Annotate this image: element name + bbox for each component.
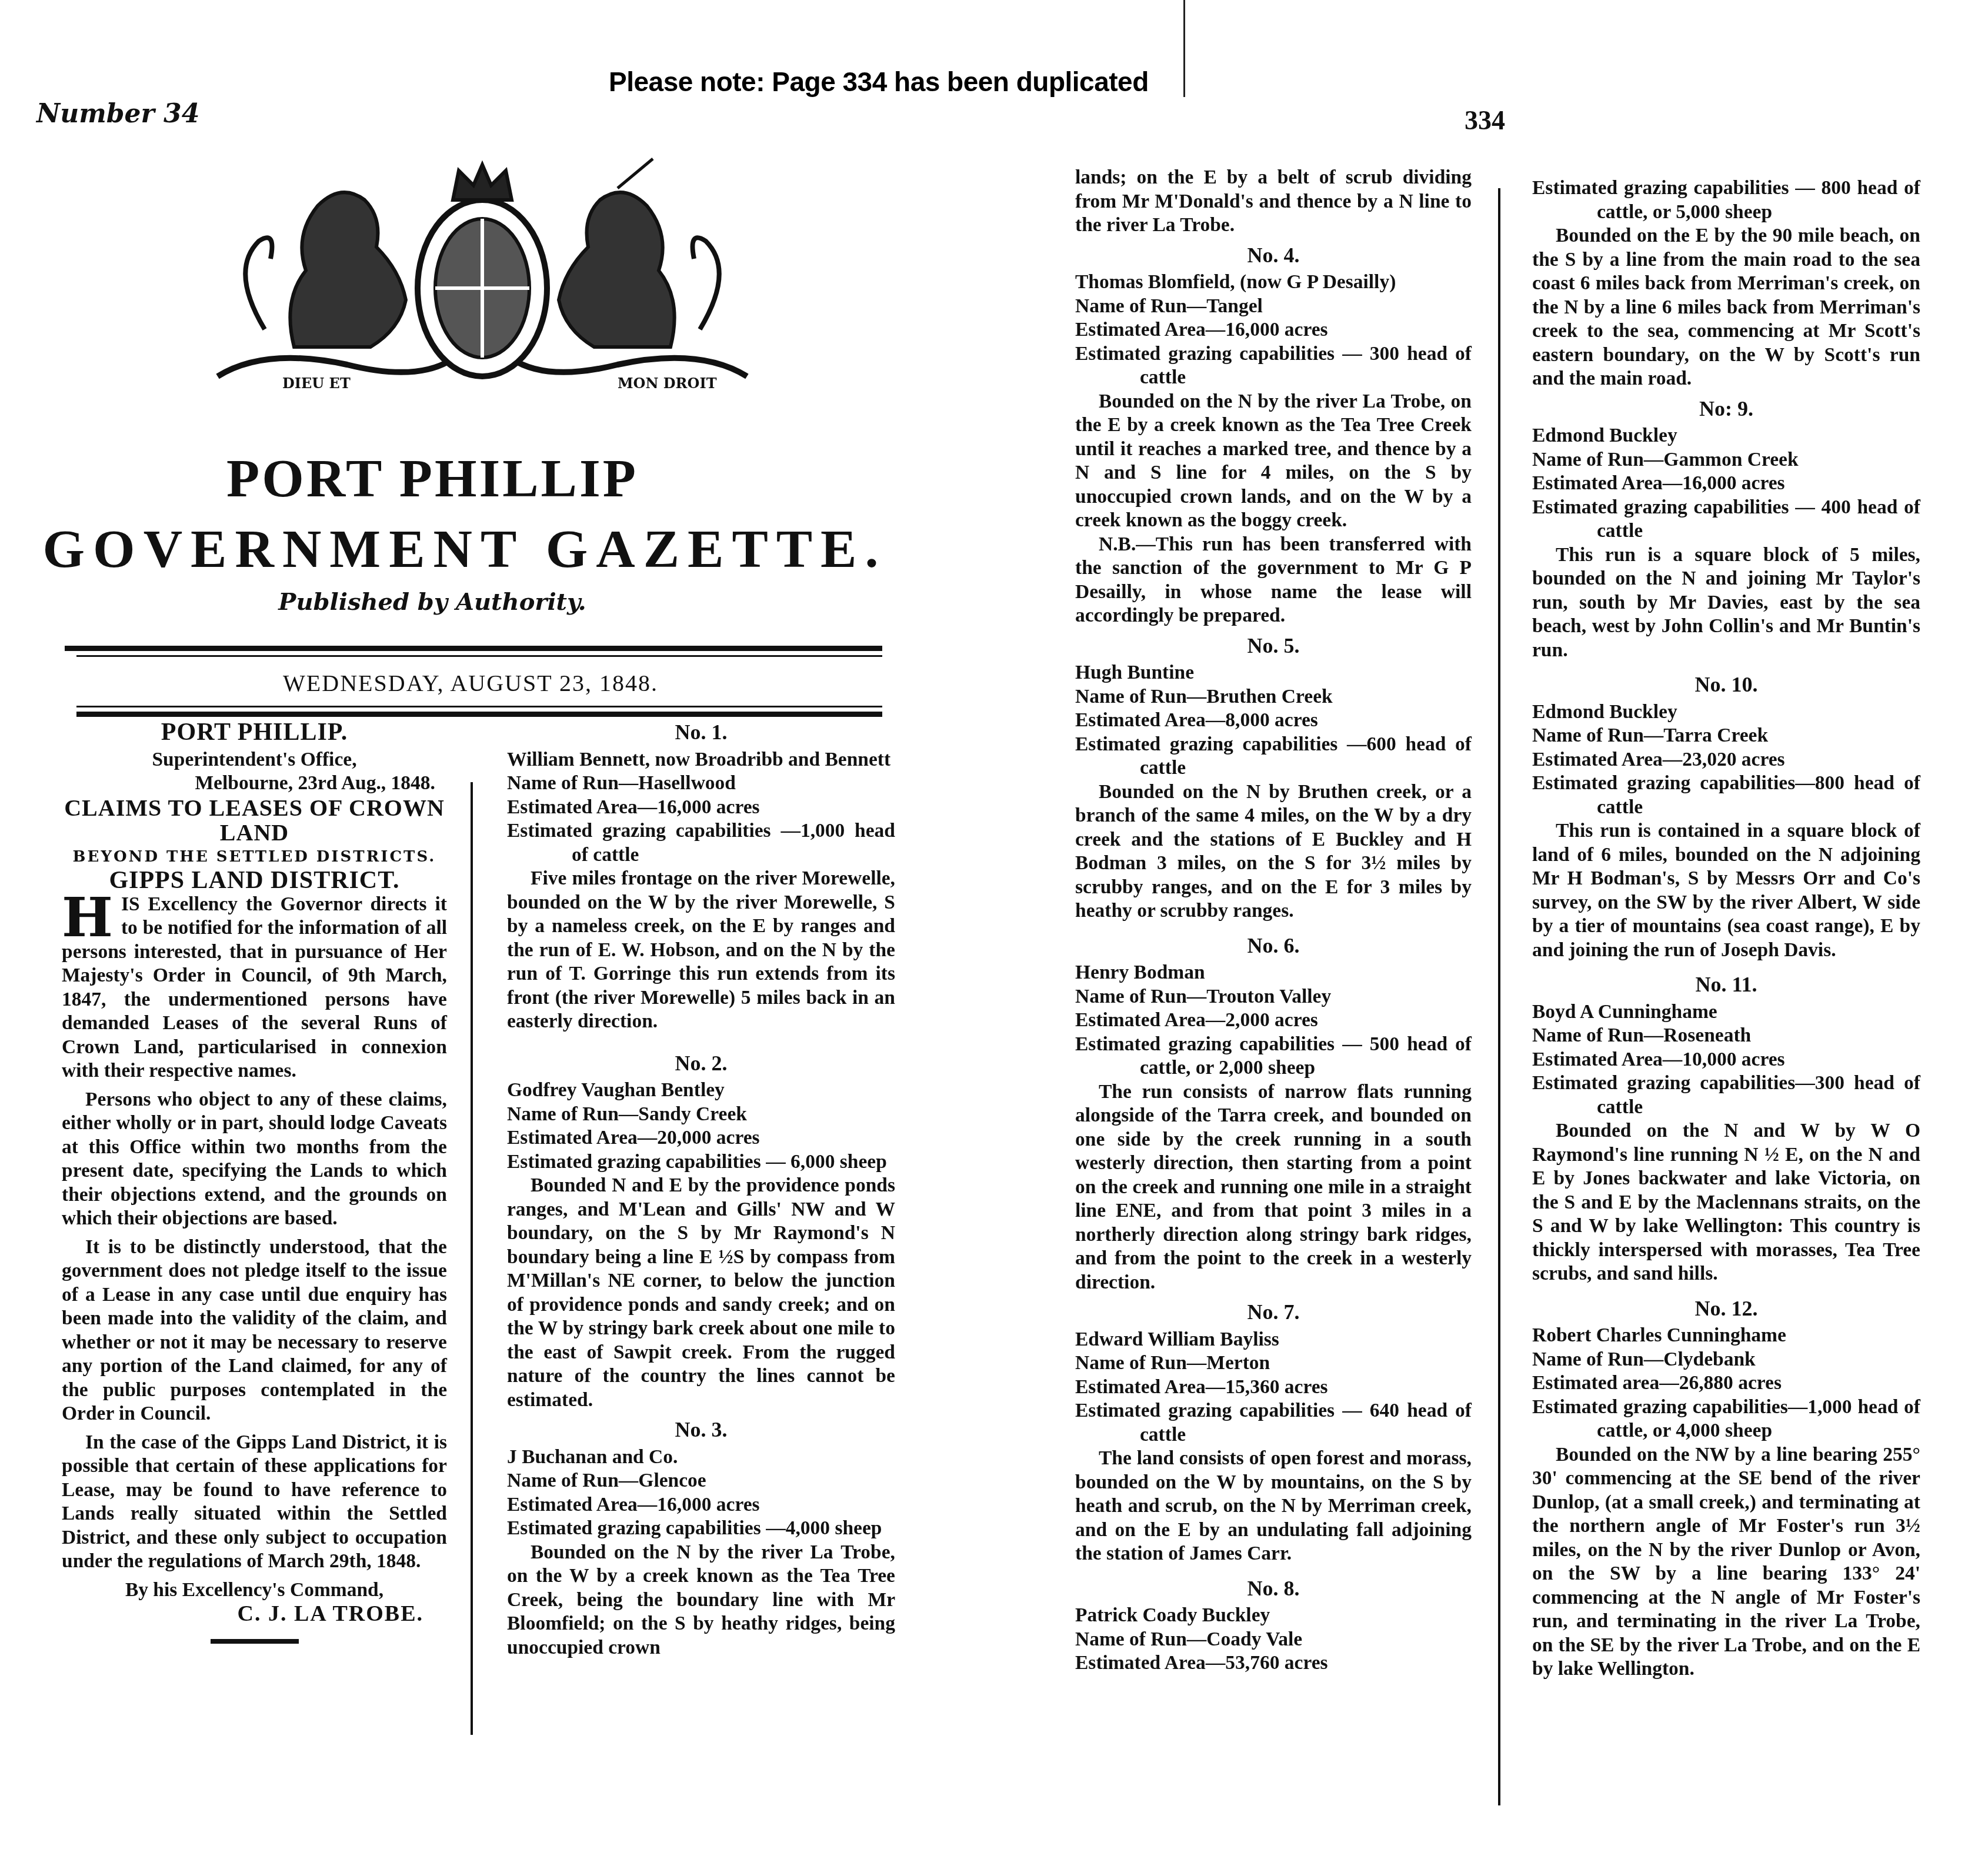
claim-area: Estimated Area—23,020 acres: [1532, 748, 1920, 772]
notice-district: GIPPS LAND DISTRICT.: [62, 869, 447, 893]
claim-area: Estimated Area—2,000 acres: [1075, 1009, 1472, 1033]
claim-claimant: Patrick Coady Buckley: [1075, 1604, 1472, 1628]
claims-column-2: No. 1. William Bennett, now Broadribb an…: [507, 720, 895, 1660]
claim-description: Bounded on the N by the river La Trobe, …: [507, 1541, 895, 1660]
motto-left: DIEU ET: [282, 375, 351, 392]
claim-grazing: Estimated grazing capabilities — 300 hea…: [1075, 342, 1472, 390]
claim-area: Estimated area—26,880 acres: [1532, 1371, 1920, 1396]
claim-grazing: Estimated grazing capabilities —600 head…: [1075, 733, 1472, 780]
claim-number: No: 9.: [1532, 397, 1920, 421]
motto-right: MON DROIT: [618, 375, 717, 392]
claim-run: Name of Run—Sandy Creek: [507, 1103, 895, 1127]
claim-claimant: William Bennett, now Broadribb and Benne…: [507, 748, 895, 772]
gazette-title-line1: PORT PHILLIP: [0, 447, 865, 509]
gazette-title-line2: GOVERNMENT GAZETTE.: [24, 518, 906, 580]
claim-run: Name of Run—Hasellwood: [507, 772, 895, 796]
claim-number: No. 4.: [1075, 243, 1472, 268]
royal-coat-of-arms-icon: DIEU ET MON DROIT: [194, 153, 770, 400]
claim-note: N.B.—This run has been transferred with …: [1075, 533, 1472, 628]
claim-run: Name of Run—Bruthen Creek: [1075, 685, 1472, 709]
notice-para-1: IS Excellency the Governor directs it to…: [62, 893, 447, 1082]
claim-claimant: Thomas Blomfield, (now G P Desailly): [1075, 271, 1472, 295]
claim-area: Estimated Area—16,000 acres: [507, 1493, 895, 1517]
notice-para-3: It is to be distinctly understood, that …: [62, 1236, 447, 1426]
gutter-rule: [1183, 0, 1185, 97]
claim-run: Name of Run—Tarra Creek: [1532, 724, 1920, 748]
claims-column-3: lands; on the E by a belt of scrub divid…: [1075, 166, 1472, 1675]
claim-claimant: Edward William Bayliss: [1075, 1328, 1472, 1352]
duplicate-page-note: Please note: Page 334 has been duplicate…: [609, 66, 1149, 98]
claim-description: The run consists of narrow flats running…: [1075, 1080, 1472, 1295]
date-rule-thick: [76, 712, 882, 717]
claim-area: Estimated Area—15,360 acres: [1075, 1376, 1472, 1400]
published-by-authority: Published by Authority.: [0, 588, 865, 616]
claim-grazing: Estimated grazing capabilities — 6,000 s…: [507, 1150, 895, 1174]
claim-description: Bounded on the N and W by W O Raymond's …: [1532, 1119, 1920, 1286]
notice-command: By his Excellency's Command,: [62, 1578, 447, 1603]
claim-run: Name of Run—Tangel: [1075, 295, 1472, 319]
claim-grazing: Estimated grazing capabilities — 500 hea…: [1075, 1033, 1472, 1080]
notice-subheading: BEYOND THE SETTLED DISTRICTS.: [62, 845, 447, 869]
claim-run: Name of Run—Merton: [1075, 1351, 1472, 1376]
claim-claimant: Godfrey Vaughan Bentley: [507, 1079, 895, 1103]
claim-number: No. 7.: [1075, 1300, 1472, 1324]
claim-claimant: Edmond Buckley: [1532, 700, 1920, 725]
issue-date: WEDNESDAY, AUGUST 23, 1848.: [76, 669, 865, 697]
claim-area: Estimated Area—10,000 acres: [1532, 1048, 1920, 1072]
claim-run: Name of Run—Trouton Valley: [1075, 985, 1472, 1009]
claim-number: No. 2.: [507, 1051, 895, 1076]
masthead-rule-thick: [65, 646, 882, 651]
claim-number: No. 8.: [1075, 1577, 1472, 1601]
claim-run: Name of Run—Roseneath: [1532, 1024, 1920, 1048]
claim-claimant: Boyd A Cunninghame: [1532, 1000, 1920, 1024]
claim-area: Estimated Area—16,000 acres: [1532, 472, 1920, 496]
claim-run: Name of Run—Gammon Creek: [1532, 448, 1920, 472]
claim-description: Bounded N and E by the providence ponds …: [507, 1174, 895, 1412]
claim-number: No. 1.: [507, 720, 895, 745]
notice-end-rule: [211, 1639, 299, 1644]
notice-para-2: Persons who object to any of these claim…: [62, 1088, 447, 1231]
claim-run: Name of Run—Coady Vale: [1075, 1628, 1472, 1652]
claim-claimant: Henry Bodman: [1075, 961, 1472, 985]
claim-claimant: Robert Charles Cunninghame: [1532, 1324, 1920, 1348]
claim-grazing: Estimated grazing capabilities —4,000 sh…: [507, 1517, 895, 1541]
claim-description: This run is a square block of 5 miles, b…: [1532, 543, 1920, 663]
column-rule-1: [471, 782, 473, 1735]
column-rule-3: [1498, 188, 1500, 1805]
claim-description: Five miles frontage on the river Morewel…: [507, 867, 895, 1034]
issue-number: Number 34: [36, 99, 199, 129]
claim-claimant: J Buchanan and Co.: [507, 1446, 895, 1470]
claims-column-4: Estimated grazing capabilities — 800 hea…: [1532, 176, 1920, 1681]
claim-run: Name of Run—Clydebank: [1532, 1348, 1920, 1372]
claim-number: No. 10.: [1532, 673, 1920, 697]
page-number: 334: [1465, 105, 1505, 136]
claim-area: Estimated Area—16,000 acres: [1075, 318, 1472, 342]
claim-area: Estimated Area—8,000 acres: [1075, 709, 1472, 733]
claim-description: This run is contained in a square block …: [1532, 819, 1920, 962]
claim-area: Estimated Area—16,000 acres: [507, 796, 895, 820]
claim-claimant: Hugh Buntine: [1075, 661, 1472, 685]
claim-number: No. 11.: [1532, 973, 1920, 997]
claim-number: No. 12.: [1532, 1297, 1920, 1321]
notice-place: PORT PHILLIP.: [62, 720, 447, 745]
claim-description: Bounded on the N by the river La Trobe, …: [1075, 390, 1472, 533]
claim-grazing: Estimated grazing capabilities —1,000 he…: [507, 819, 895, 867]
notice-office-date: Melbourne, 23rd Aug., 1848.: [62, 772, 447, 796]
notice-heading: CLAIMS TO LEASES OF CROWN LAND: [62, 796, 447, 845]
masthead-rule-thin: [76, 655, 882, 657]
claim-description: Bounded on the E by the 90 mile beach, o…: [1532, 224, 1920, 391]
claim-run: Name of Run—Glencoe: [507, 1469, 895, 1493]
claim-grazing: Estimated grazing capabilities—1,000 hea…: [1532, 1396, 1920, 1443]
claim-claimant: Edmond Buckley: [1532, 424, 1920, 448]
notice-column: PORT PHILLIP. Superintendent's Office, M…: [62, 720, 447, 1644]
notice-signature: C. J. LA TROBE.: [62, 1602, 447, 1626]
claim-grazing: Estimated grazing capabilities — 800 hea…: [1532, 176, 1920, 224]
claim-description: Bounded on the N by Bruthen creek, or a …: [1075, 780, 1472, 923]
claim-number: No. 5.: [1075, 634, 1472, 658]
claim-description-continued: lands; on the E by a belt of scrub divid…: [1075, 166, 1472, 238]
claim-number: No. 6.: [1075, 934, 1472, 958]
notice-office: Superintendent's Office,: [62, 748, 447, 772]
notice-para-4: In the case of the Gipps Land District, …: [62, 1431, 447, 1574]
claim-grazing: Estimated grazing capabilities — 640 hea…: [1075, 1399, 1472, 1447]
claim-description: Bounded on the NW by a line bearing 255°…: [1532, 1443, 1920, 1681]
claim-grazing: Estimated grazing capabilities — 400 hea…: [1532, 496, 1920, 543]
claim-description: The land consists of open forest and mor…: [1075, 1447, 1472, 1566]
claim-number: No. 3.: [507, 1418, 895, 1442]
claim-grazing: Estimated grazing capabilities—300 head …: [1532, 1071, 1920, 1119]
drop-cap: H: [62, 895, 113, 940]
claim-area: Estimated Area—53,760 acres: [1075, 1651, 1472, 1675]
date-rule-thin: [76, 706, 882, 707]
claim-area: Estimated Area—20,000 acres: [507, 1126, 895, 1150]
claim-grazing: Estimated grazing capabilities—800 head …: [1532, 772, 1920, 819]
